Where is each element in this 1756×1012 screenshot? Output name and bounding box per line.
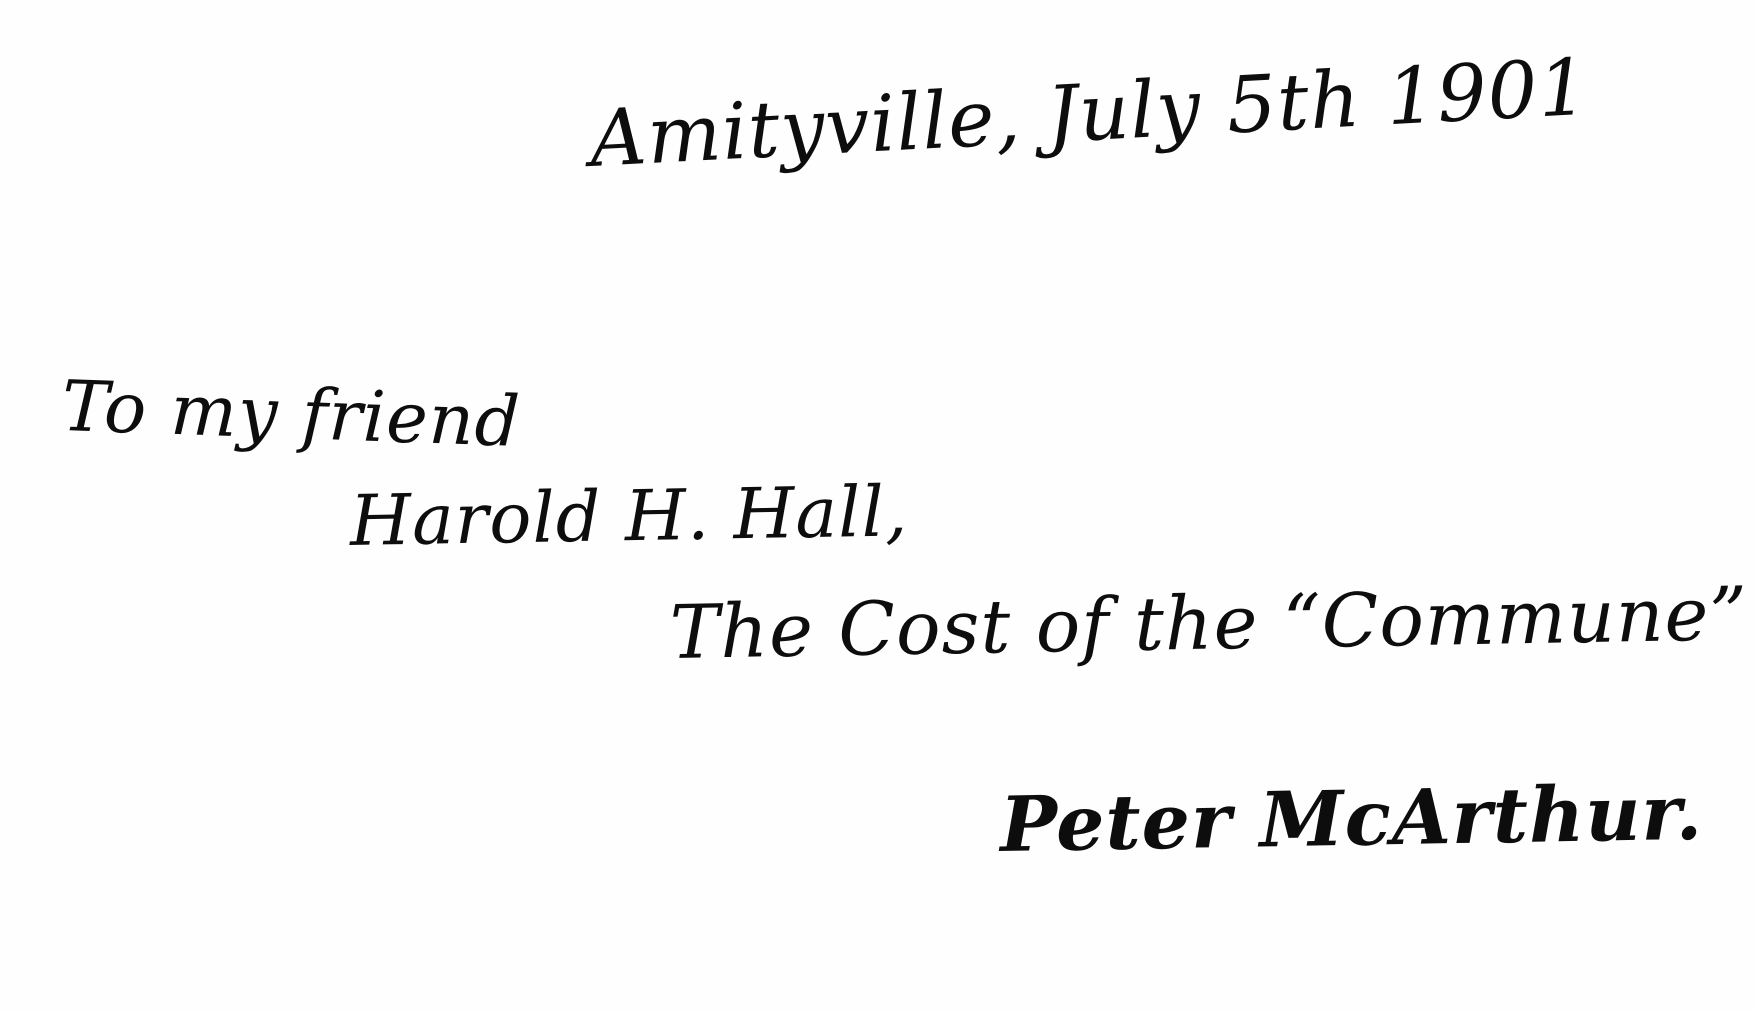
greeting-line: To my friend [61,365,522,463]
quote-line: The Cost of the “Commune” [669,571,1749,676]
addressee-line: Harold H. Hall, [349,470,909,562]
date-line: Amityville, July 5th 1901 [588,43,1591,185]
inscription-page: Amityville, July 5th 1901 To my friend H… [0,0,1756,1012]
signature: Peter McArthur. [999,768,1703,869]
